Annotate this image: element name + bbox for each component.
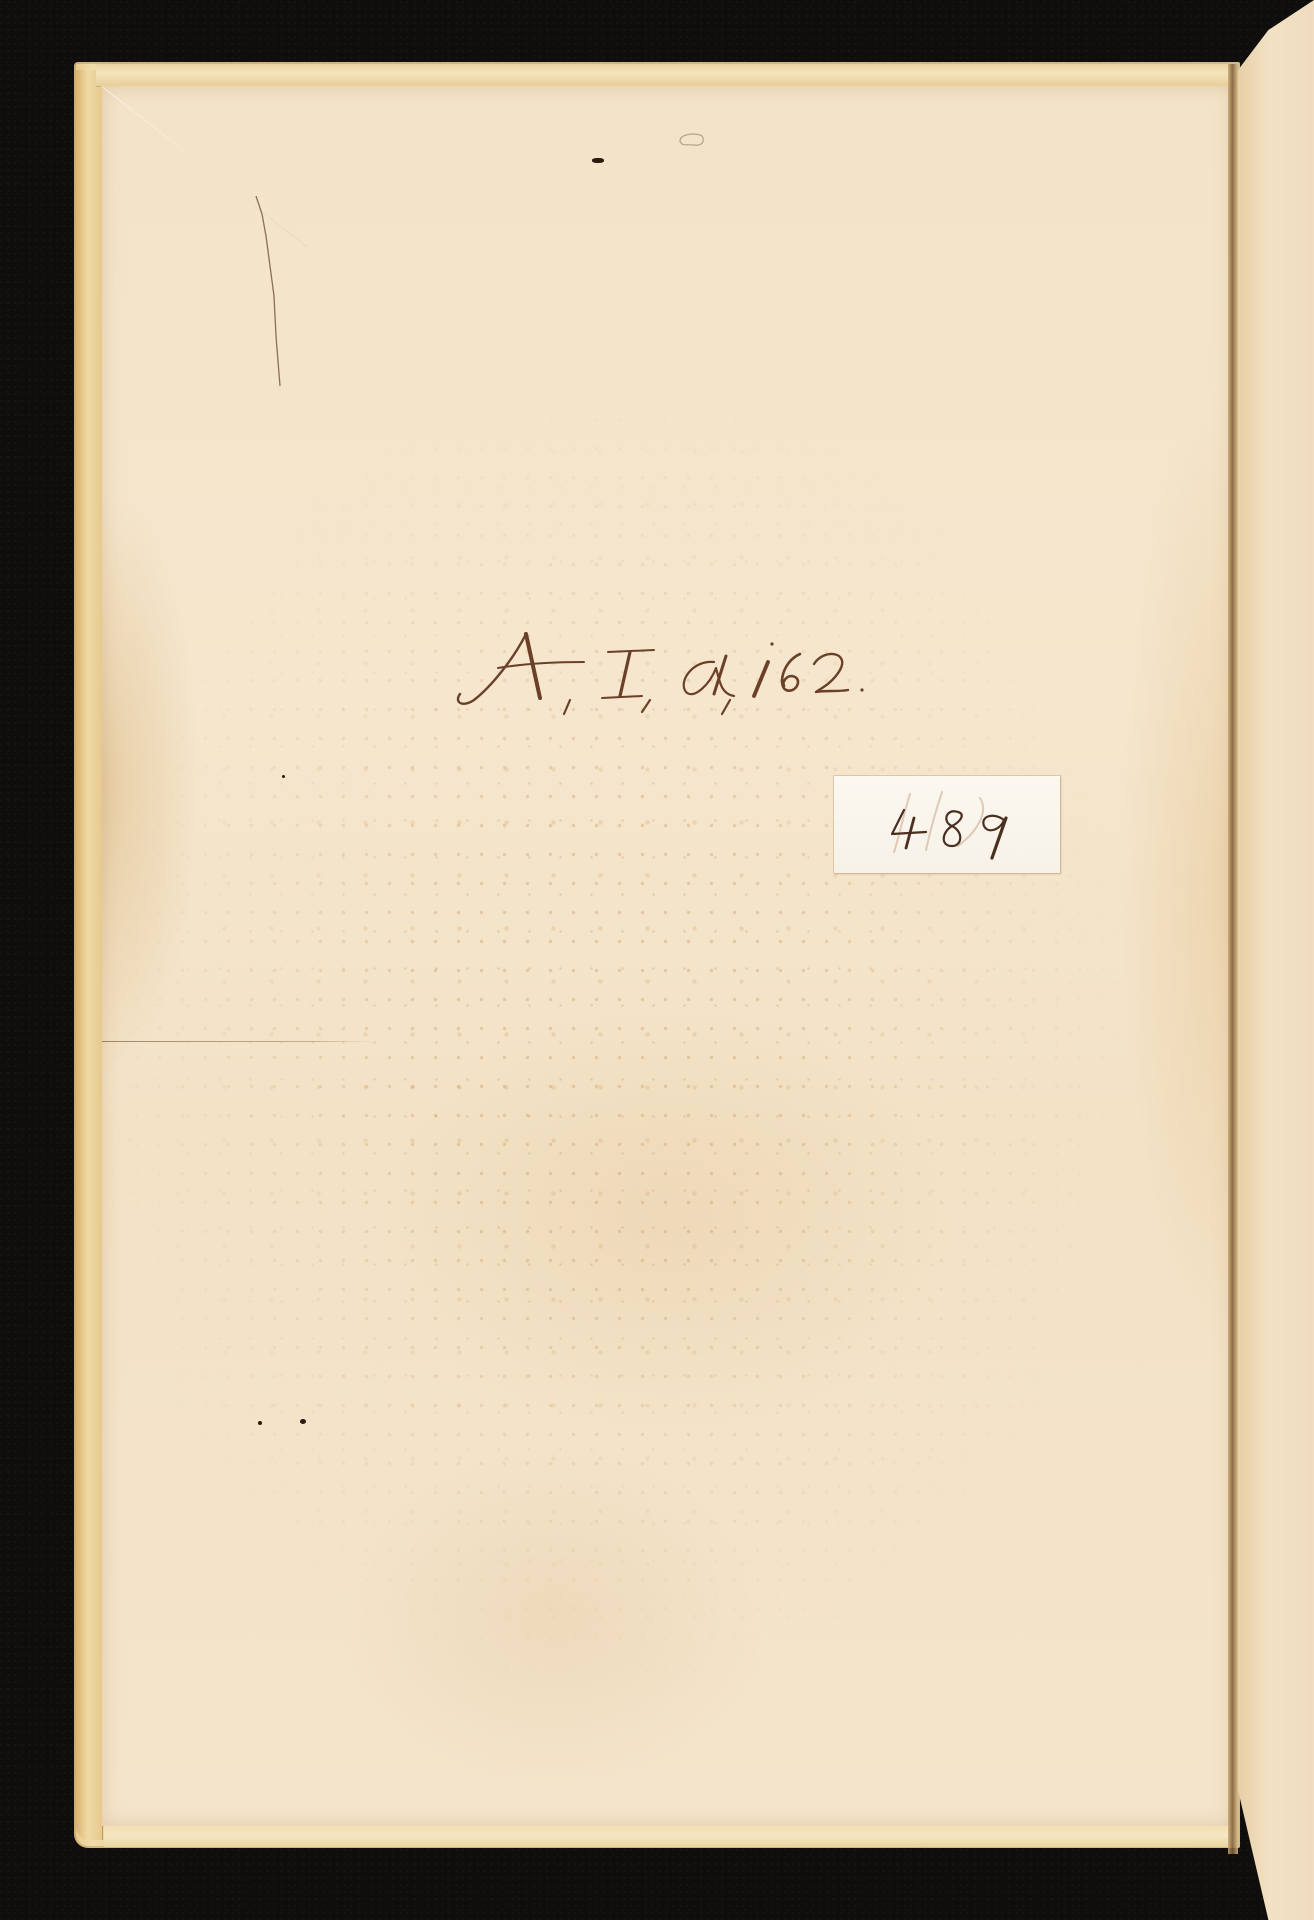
ink-spot (592, 158, 604, 163)
ink-spot (282, 775, 285, 778)
vellum-turn-in-left (76, 70, 103, 1840)
pastedown-paper (102, 86, 1232, 1826)
label-handwriting (834, 776, 1060, 873)
ink-spot (300, 1419, 306, 1424)
ink-spot (258, 1421, 262, 1425)
fold-line (102, 1041, 372, 1042)
number-label: 489 (834, 776, 1060, 873)
paper-crack (252, 196, 292, 396)
vellum-turn-in-top (96, 64, 1236, 87)
vellum-turn-in-bottom (104, 1824, 1234, 1847)
shelfmark-handwriting (452, 628, 872, 728)
binding-hinge (1228, 64, 1238, 1854)
faint-ring-mark (676, 131, 708, 151)
adjacent-flyleaf (1238, 0, 1314, 1920)
shelfmark-inscription: A, I, α, 162. (452, 628, 872, 728)
